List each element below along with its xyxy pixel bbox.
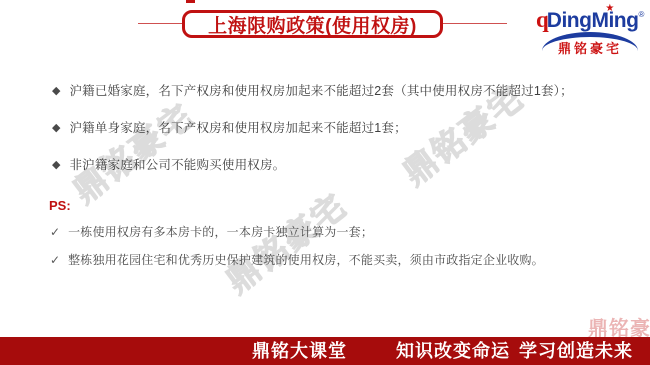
check-icon: ✓ bbox=[50, 224, 60, 240]
bullet-text: 沪籍已婚家庭，名下产权房和使用权房加起来不能超过2套（其中使用权房不能超过1套）… bbox=[69, 83, 572, 99]
ps-item: ✓ 整栋独用花园住宅和优秀历史保护建筑的使用权房，不能买卖，须由市政指定企业收购… bbox=[50, 252, 636, 268]
top-dash-decoration bbox=[186, 0, 195, 3]
ps-item-text: 一栋使用权房有多本房卡的，一本房卡独立计算为一套； bbox=[68, 224, 373, 240]
ps-label: PS: bbox=[49, 198, 71, 213]
dingming-logo: qDingMing® ★ 鼎铭豪宅 bbox=[536, 8, 644, 55]
ps-item-text: 整栋独用花园住宅和优秀历史保护建筑的使用权房，不能买卖，须由市政指定企业收购。 bbox=[68, 252, 544, 268]
logo-subtitle: 鼎铭豪宅 bbox=[536, 42, 644, 55]
page-title: 上海限购政策(使用权房) bbox=[208, 11, 417, 38]
diamond-bullet-icon: ◆ bbox=[52, 83, 60, 99]
ps-item: ✓ 一栋使用权房有多本房卡的，一本房卡独立计算为一套； bbox=[50, 224, 636, 240]
bullet-text: 非沪籍家庭和公司不能购买使用权房。 bbox=[69, 157, 285, 173]
bullet-item: ◆ 沪籍单身家庭，名下产权房和使用权房加起来不能超过1套； bbox=[52, 120, 636, 136]
watermark-text: 鼎铭豪宅 bbox=[62, 91, 202, 213]
bullet-item: ◆ 沪籍已婚家庭，名下产权房和使用权房加起来不能超过2套（其中使用权房不能超过1… bbox=[52, 83, 636, 99]
registered-trademark-icon: ® bbox=[638, 10, 644, 19]
watermark-text: 鼎铭豪宅 bbox=[215, 181, 355, 303]
diamond-bullet-icon: ◆ bbox=[52, 157, 60, 173]
footer-bar: 鼎铭大课堂 知识改变命运 学习创造未来 bbox=[0, 337, 650, 365]
footer-brand: 鼎铭大课堂 bbox=[252, 337, 347, 365]
diamond-bullet-icon: ◆ bbox=[52, 120, 60, 136]
title-box: 上海限购政策(使用权房) bbox=[182, 10, 443, 38]
slide: 鼎铭豪宅 鼎铭豪宅 鼎铭豪宅 鼎铭豪宅 上海限购政策(使用权房) qDingMi… bbox=[0, 0, 650, 365]
check-icon: ✓ bbox=[50, 252, 60, 268]
footer-slogan-1: 知识改变命运 bbox=[396, 337, 510, 365]
bullet-text: 沪籍单身家庭，名下产权房和使用权房加起来不能超过1套； bbox=[69, 120, 406, 136]
bullet-item: ◆ 非沪籍家庭和公司不能购买使用权房。 bbox=[52, 157, 636, 173]
logo-wordmark: DingMing bbox=[547, 9, 639, 32]
logo-star-icon: ★ bbox=[605, 4, 614, 14]
footer-slogan-2: 学习创造未来 bbox=[519, 337, 633, 365]
logo-wordmark-row: qDingMing® ★ bbox=[536, 8, 644, 31]
